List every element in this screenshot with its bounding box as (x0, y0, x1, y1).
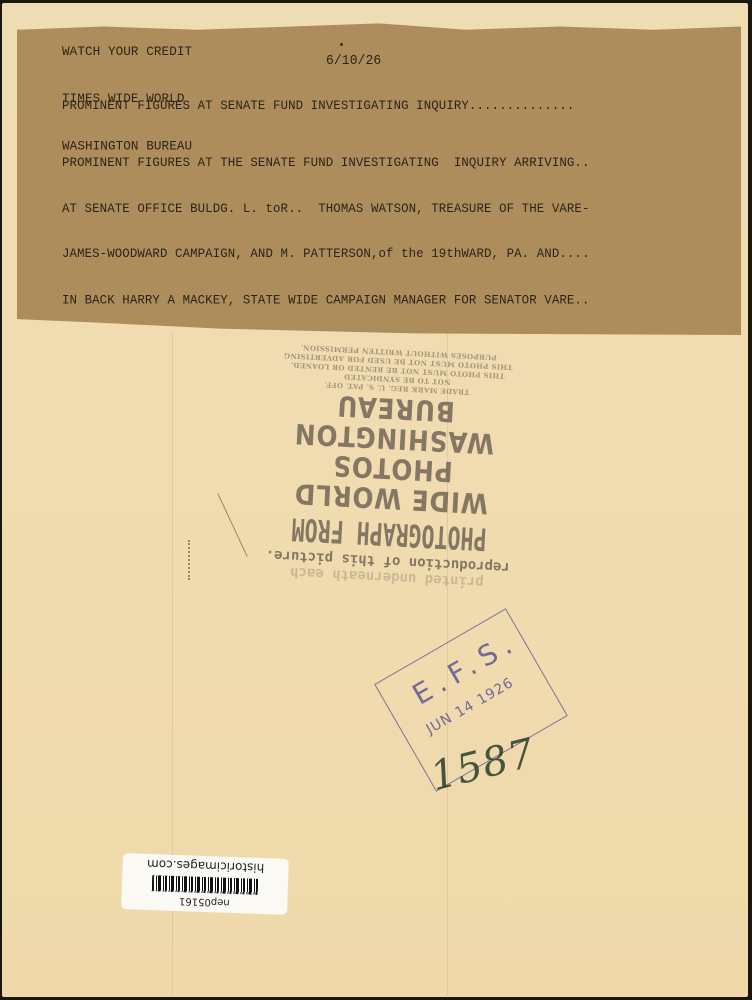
barcode-code: nep05161 (121, 893, 287, 910)
barcode-label: nep05161 historicimages.com (121, 853, 289, 915)
caption-body-line: IN BACK HARRY A MACKEY, STATE WIDE CAMPA… (62, 292, 590, 308)
caption-body: PROMINENT FIGURES AT THE SENATE FUND INV… (62, 126, 590, 338)
caption-date: 6/10/26 (326, 54, 381, 69)
credit-line: WATCH YOUR CREDIT (62, 44, 192, 62)
stamp-side-mark (188, 540, 193, 580)
agency-stamp: printed underneath each reproduction of … (217, 366, 568, 594)
caption-body-line: AT SENATE OFFICE BULDG. L. toR.. THOMAS … (62, 201, 590, 217)
caption-body-line: PROMINENT FIGURES AT THE SENATE FUND INV… (62, 155, 590, 171)
ink-speck (340, 43, 343, 46)
barcode-site: historicimages.com (122, 856, 288, 876)
caption-headline: PROMINENT FIGURES AT SENATE FUND INVESTI… (62, 99, 574, 114)
photo-back-scan: WATCH YOUR CREDIT TIMES WIDE WORLD WASHI… (0, 0, 752, 1000)
barcode-icon (152, 875, 258, 895)
caption-body-line: JAMES-WOODWARD CAMPAIGN, AND M. PATTERSO… (62, 247, 590, 263)
